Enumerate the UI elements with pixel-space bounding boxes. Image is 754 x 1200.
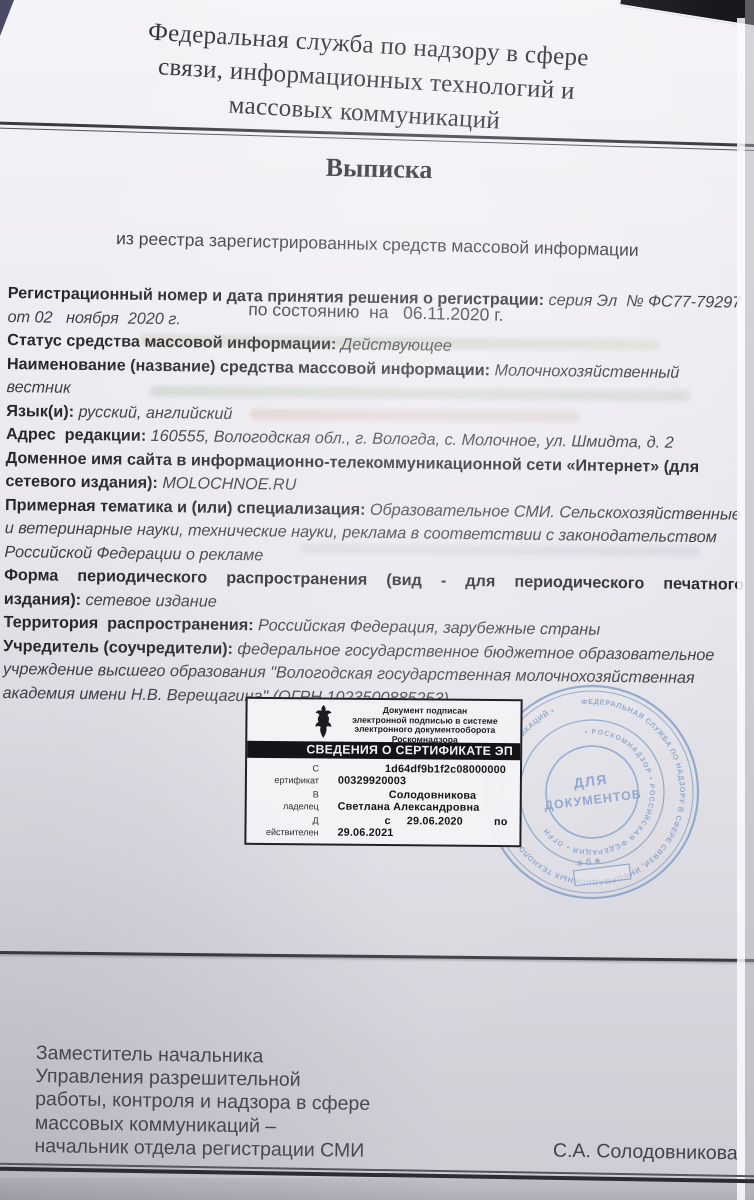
stamp-center-text-line2: ДОКУМЕНТОВ (543, 787, 642, 813)
stamp-bottom-mark: ∗ б ∗ (575, 855, 602, 868)
eagle-icon (313, 704, 337, 743)
photo-corner-background (0, 0, 14, 36)
paper-edge-highlight (737, 18, 745, 1200)
registry-fields: Регистрационный номер и дата принятия ре… (2, 282, 747, 715)
certificate-row-owner: Владелец СолодовниковаСветлана Александр… (247, 788, 512, 815)
stamp-center-text-line1: ДЛЯ (573, 771, 609, 791)
certificate-row-validity: Действителен с 29.06.2020 по 29.06.2021 (246, 813, 511, 840)
certificate-row-serial: Сертификат 1d64df9b1f2c08000000003299200… (247, 762, 512, 789)
certificate-rows: Сертификат 1d64df9b1f2c08000000003299200… (246, 758, 520, 846)
signed-statement: Документ подписан электронной подписью в… (337, 705, 520, 746)
field-subject-specialization: Примерная тематика и (или) специализация… (4, 493, 745, 573)
photo-corner-background (620, 0, 754, 31)
signatory-name: С.А. Солодовникова (553, 1140, 738, 1166)
certificate-header: Документ подписан электронной подписью в… (247, 699, 520, 743)
document-photo: Федеральная служба по надзору в сфере св… (0, 0, 754, 1200)
paper-edge-shade (745, 0, 754, 1200)
signatory-position: Заместитель начальника Управления разреш… (34, 1042, 371, 1163)
e-signature-certificate-box: Документ подписан электронной подписью в… (244, 697, 522, 848)
page-edge-line (0, 951, 754, 962)
